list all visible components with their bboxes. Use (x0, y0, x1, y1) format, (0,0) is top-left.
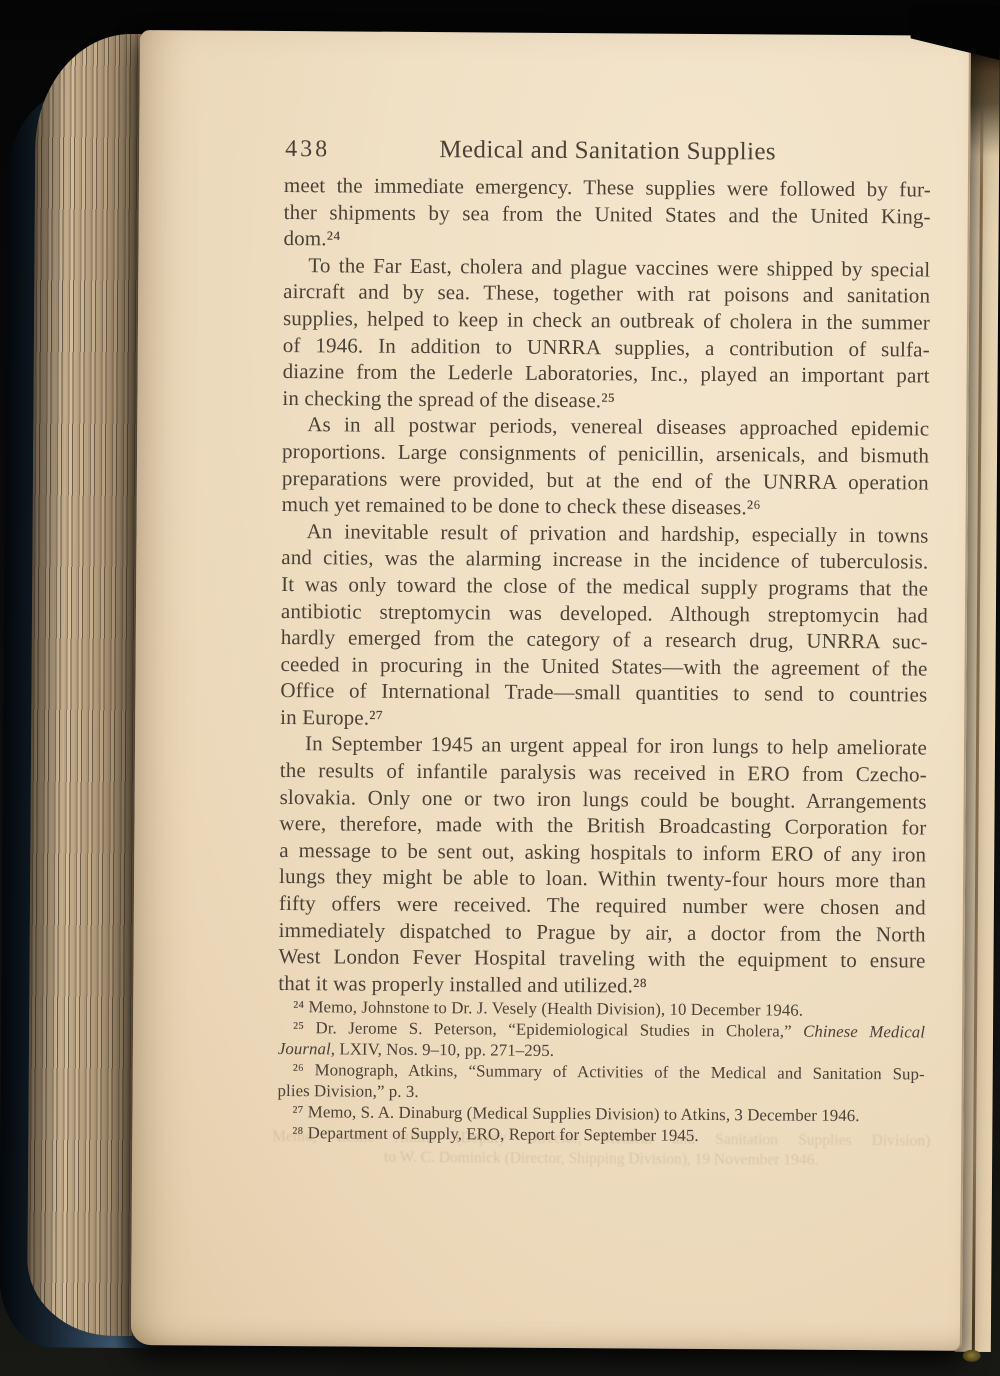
text-line: It was only toward the close of the medi… (281, 571, 928, 602)
text-line: diazine from the Lederle Laboratories, I… (283, 358, 930, 389)
ghost-text: Memo, Leslie Atkins (Deputy Director, Me… (272, 1127, 930, 1172)
text-line: hardly emerged from the category of a re… (281, 624, 928, 655)
text-line: meet the immediate emergency. These supp… (284, 172, 931, 203)
footnote-text: , LXIV, Nos. 9–10, pp. 271–295. (331, 1040, 554, 1061)
footnote-marker: ²⁴ (293, 997, 309, 1016)
text-line: much yet remained to be done to check th… (282, 491, 929, 522)
footnote-marker: ²⁵ (293, 1018, 316, 1037)
text-line: the results of infantile paralysis was r… (280, 757, 927, 788)
page-edges-stack (27, 33, 144, 1336)
footnote-text: Monograph, Atkins, “Summary of Activitie… (315, 1060, 925, 1083)
paragraph: An inevitable result of privation and ha… (280, 518, 928, 735)
footnote-text: Memo, S. A. Dinaburg (Medical Supplies D… (308, 1102, 860, 1125)
body-text: meet the immediate emergency. These supp… (278, 172, 931, 1001)
paragraph: In September 1945 an urgent appeal for i… (278, 730, 927, 1000)
text-line: fifty offers were received. The required… (279, 890, 926, 921)
footnote-text: Chinese Medical (803, 1022, 925, 1042)
footnote-marker: ²⁷ (292, 1102, 308, 1121)
footnote-text: Journal (278, 1039, 331, 1058)
binding-thread-spot (963, 1350, 981, 1362)
page-header: 438 Medical and Sanitation Supplies (284, 135, 931, 177)
footnote-marker: ²⁶ (293, 1060, 315, 1079)
footnote-text: Dr. Jerome S. Peterson, “Epidemiological… (316, 1019, 804, 1041)
text-column: 438 Medical and Sanitation Supplies meet… (277, 135, 931, 1148)
book-photo: 438 Medical and Sanitation Supplies meet… (0, 0, 1000, 1376)
footnote-text: Memo, Johnstone to Dr. J. Vesely (Health… (309, 998, 804, 1020)
running-title: Medical and Sanitation Supplies (284, 135, 931, 168)
footnote: ²⁵ Dr. Jerome S. Peterson, “Epidemiologi… (278, 1018, 925, 1064)
text-line: supplies, helped to keep in check an out… (283, 305, 930, 336)
paragraph: To the Far East, cholera and plague vacc… (282, 252, 930, 416)
text-line: proportions. Large consignments of penic… (282, 438, 929, 469)
page-number: 438 (285, 136, 330, 163)
paragraph: meet the immediate emergency. These supp… (283, 172, 931, 256)
text-line: ther shipments by sea from the United St… (284, 199, 931, 230)
text-line: that it was properly installed and utili… (278, 970, 925, 1001)
book-page: 438 Medical and Sanitation Supplies meet… (131, 30, 971, 1351)
footnote: ²⁶ Monograph, Atkins, “Summary of Activi… (278, 1060, 925, 1106)
footnotes: ²⁴ Memo, Johnstone to Dr. J. Vesely (Hea… (277, 997, 925, 1148)
text-line: West London Fever Hospital traveling wit… (278, 943, 925, 974)
footnote-text: plies Division,” p. 3. (278, 1081, 419, 1101)
paragraph: As in all postwar periods, venereal dise… (282, 411, 930, 522)
